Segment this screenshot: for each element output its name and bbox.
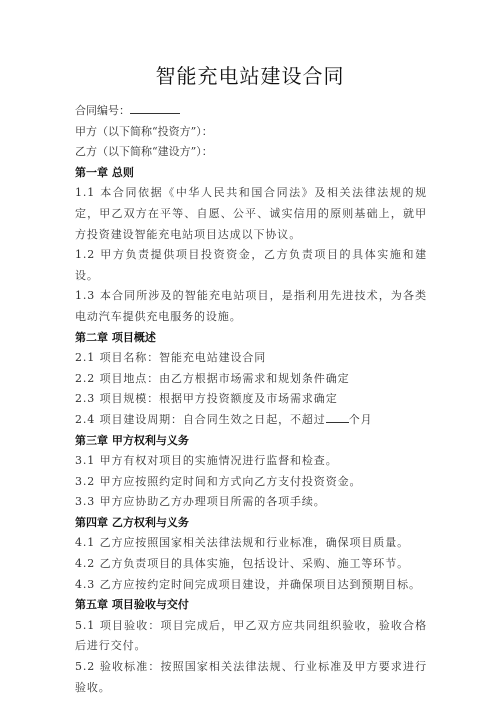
clause-3-2: 3.2 甲方应按照约定时间和方式向乙方支付投资资金。 bbox=[75, 472, 427, 493]
clause-2-4-prefix: 2.4 项目建设周期：自合同生效之日起，不超过 bbox=[75, 413, 326, 426]
clause-1-3: 1.3 本合同所涉及的智能充电站项目，是指利用先进技术，为各类电动汽车提供充电服… bbox=[75, 286, 427, 327]
chapter-heading: 第一章 总则 bbox=[75, 163, 427, 184]
chapter-heading: 第二章 项目概述 bbox=[75, 328, 427, 349]
chapter-3: 第三章 甲方权利与义务 3.1 甲方有权对项目的实施情况进行监督和检查。 3.2… bbox=[75, 431, 427, 513]
chapter-1: 第一章 总则 1.1 本合同依据《中华人民共和国合同法》及相关法律法规的规定，甲… bbox=[75, 163, 427, 328]
document-title: 智能充电站建设合同 bbox=[0, 60, 500, 89]
chapter-heading: 第五章 项目验收与交付 bbox=[75, 595, 427, 616]
clause-1-1: 1.1 本合同依据《中华人民共和国合同法》及相关法律法规的规定，甲乙双方在平等、… bbox=[75, 183, 427, 245]
clause-2-4-suffix: 个月 bbox=[349, 413, 373, 426]
party-b-field: 乙方（以下简称“建设方”）： bbox=[75, 142, 427, 163]
clause-3-1: 3.1 甲方有权对项目的实施情况进行监督和检查。 bbox=[75, 451, 427, 472]
clause-4-3: 4.3 乙方应按约定时间完成项目建设，并确保项目达到预期目标。 bbox=[75, 575, 427, 596]
clause-3-3: 3.3 甲方应协助乙方办理项目所需的各项手续。 bbox=[75, 492, 427, 513]
chapter-5: 第五章 项目验收与交付 5.1 项目验收：项目完成后，甲乙双方应共同组织验收，验… bbox=[75, 595, 427, 698]
contract-number-label: 合同编号： bbox=[75, 104, 130, 117]
chapter-heading: 第三章 甲方权利与义务 bbox=[75, 431, 427, 452]
clause-2-1: 2.1 项目名称：智能充电站建设合同 bbox=[75, 348, 427, 369]
clause-2-4: 2.4 项目建设周期：自合同生效之日起，不超过个月 bbox=[75, 410, 427, 431]
contract-number-blank bbox=[130, 102, 180, 114]
party-a-field: 甲方（以下简称“投资方”）： bbox=[75, 122, 427, 143]
chapter-heading: 第四章 乙方权利与义务 bbox=[75, 513, 427, 534]
document-body: 合同编号： 甲方（以下简称“投资方”）： 乙方（以下简称“建设方”）： 第一章 … bbox=[75, 101, 427, 698]
clause-4-1: 4.1 乙方应按照国家相关法律法规和行业标准，确保项目质量。 bbox=[75, 533, 427, 554]
period-months-blank bbox=[326, 411, 349, 423]
clause-2-2: 2.2 项目地点：由乙方根据市场需求和规划条件确定 bbox=[75, 369, 427, 390]
chapter-4: 第四章 乙方权利与义务 4.1 乙方应按照国家相关法律法规和行业标准，确保项目质… bbox=[75, 513, 427, 595]
contract-number-field: 合同编号： bbox=[75, 101, 427, 122]
clause-2-3: 2.3 项目规模：根据甲方投资额度及市场需求确定 bbox=[75, 389, 427, 410]
clause-1-2: 1.2 甲方负责提供项目投资资金，乙方负责项目的具体实施和建设。 bbox=[75, 245, 427, 286]
clause-4-2: 4.2 乙方负责项目的具体实施，包括设计、采购、施工等环节。 bbox=[75, 554, 427, 575]
clause-5-1: 5.1 项目验收：项目完成后，甲乙双方应共同组织验收，验收合格后进行交付。 bbox=[75, 616, 427, 657]
chapter-2: 第二章 项目概述 2.1 项目名称：智能充电站建设合同 2.2 项目地点：由乙方… bbox=[75, 328, 427, 431]
clause-5-2: 5.2 验收标准：按照国家相关法律法规、行业标准及甲方要求进行验收。 bbox=[75, 657, 427, 698]
